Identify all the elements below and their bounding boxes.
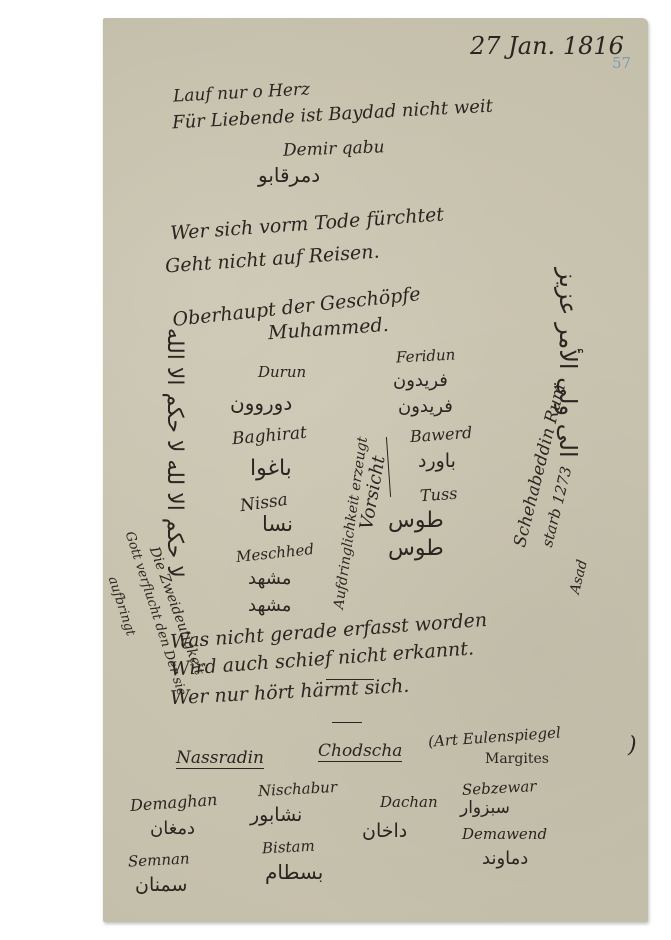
- place-meschhed-arabic-1: مشهد: [248, 570, 291, 588]
- place-bistam-arabic: بسطام: [265, 862, 323, 882]
- verse-1-transliteration: Demir qabu: [283, 139, 385, 160]
- place-semnan-arabic: سمنان: [135, 876, 187, 895]
- place-tuss-arabic-2: طوس: [388, 538, 444, 560]
- place-durun: Durun: [258, 365, 306, 380]
- place-baghirat-arabic: باغوا: [250, 458, 292, 480]
- place-meschhed-arabic-2: مشهد: [248, 597, 291, 615]
- right-vertical-arabic: الى ولي الأمر عزيز: [556, 268, 580, 458]
- separator-line-2: [332, 722, 362, 723]
- place-dachan: Dachan: [380, 795, 438, 810]
- place-bawerd: Bawerd: [410, 425, 473, 445]
- folio-number: 57: [612, 56, 631, 71]
- place-bawerd-arabic: باورد: [418, 452, 456, 471]
- place-semnan: Semnan: [128, 851, 190, 869]
- note-margites: Margites: [485, 752, 549, 766]
- place-tuss: Tuss: [419, 486, 457, 505]
- place-bistam: Bistam: [262, 839, 315, 857]
- place-durun-arabic: دوروون: [230, 393, 292, 413]
- note-close-paren: ): [628, 735, 637, 757]
- place-nischabur: Nischabur: [258, 780, 338, 799]
- left-margin-arabic: لا حكم الا لله لا حكم الا الله: [163, 328, 185, 578]
- place-sebzewar-arabic: سبزوار: [460, 800, 510, 817]
- date: 27 Jan. 1816: [470, 34, 624, 58]
- place-feridun-arabic-2: فريدون: [398, 398, 453, 416]
- place-dachan-arabic: داخان: [362, 822, 407, 841]
- name-chodscha: Chodscha: [318, 743, 402, 762]
- place-feridun-arabic-1: فريدون: [393, 372, 448, 390]
- name-nassradin: Nassradin: [176, 750, 264, 769]
- place-feridun: Feridun: [396, 347, 456, 365]
- place-nissa-arabic: نسا: [262, 514, 293, 535]
- place-sebzewar: Sebzewar: [462, 779, 537, 798]
- verse-1-arabic: دمرقابو: [258, 165, 320, 185]
- place-demawend-arabic: دماوند: [482, 850, 528, 868]
- place-nischabur-arabic: نشابور: [250, 806, 302, 825]
- place-tuss-arabic-1: طوس: [388, 510, 444, 532]
- place-demawend: Demawend: [462, 827, 547, 842]
- place-demaghan-arabic: دمغان: [150, 820, 195, 838]
